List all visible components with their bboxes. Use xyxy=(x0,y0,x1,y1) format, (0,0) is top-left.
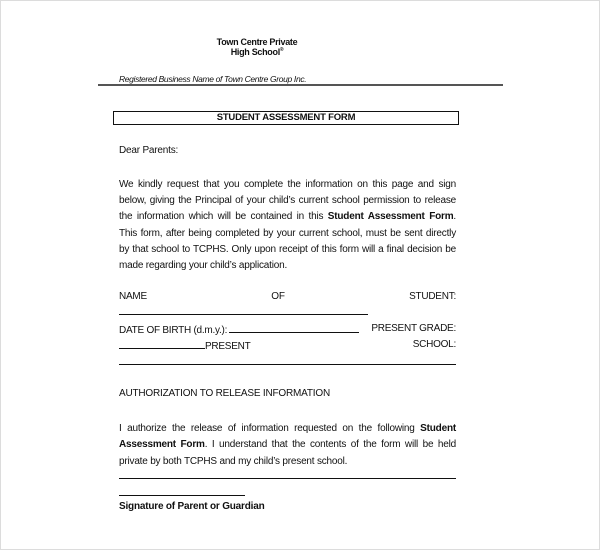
authorization-paragraph: I authorize the release of information r… xyxy=(119,421,456,470)
dob-label: DATE OF BIRTH (d.m.y.): xyxy=(119,325,227,336)
name-label-word1: NAME xyxy=(119,291,147,303)
school-name: Town Centre Private High School® xyxy=(197,37,317,57)
dob-field[interactable] xyxy=(229,323,359,333)
authorization-blank-line[interactable] xyxy=(119,478,456,479)
student-name-label-row: NAME OF STUDENT: xyxy=(119,291,456,303)
greeting: Dear Parents: xyxy=(119,145,456,156)
dob-grade-row: DATE OF BIRTH (d.m.y.): PRESENT GRADE: xyxy=(119,323,456,337)
signature-field[interactable] xyxy=(119,495,245,496)
present-label: PRESENT xyxy=(205,341,250,352)
student-name-field[interactable] xyxy=(119,314,368,315)
signature-label: Signature of Parent or Guardian xyxy=(119,501,456,512)
school-name-line1: Town Centre Private xyxy=(197,37,317,47)
school-label: SCHOOL: xyxy=(413,339,456,353)
present-grade-label: PRESENT GRADE: xyxy=(371,323,456,337)
present-grade-field[interactable] xyxy=(119,339,205,349)
document-page: Town Centre Private High School® Registe… xyxy=(0,0,600,550)
name-label-word2: OF xyxy=(271,291,284,303)
registered-business-name: Registered Business Name of Town Centre … xyxy=(119,74,306,84)
registered-mark: ® xyxy=(280,47,283,53)
authorization-heading: AUTHORIZATION TO RELEASE INFORMATION xyxy=(119,388,456,399)
intro-paragraph: We kindly request that you complete the … xyxy=(119,177,456,274)
name-label-word3: STUDENT: xyxy=(409,291,456,303)
present-school-row: PRESENT SCHOOL: xyxy=(119,339,456,353)
header-divider xyxy=(98,84,503,86)
form-title: STUDENT ASSESSMENT FORM xyxy=(113,111,459,125)
intro-form-name: Student Assessment Form xyxy=(328,211,454,222)
school-name-line2: High School® xyxy=(197,47,317,57)
present-school-field[interactable] xyxy=(119,364,456,365)
